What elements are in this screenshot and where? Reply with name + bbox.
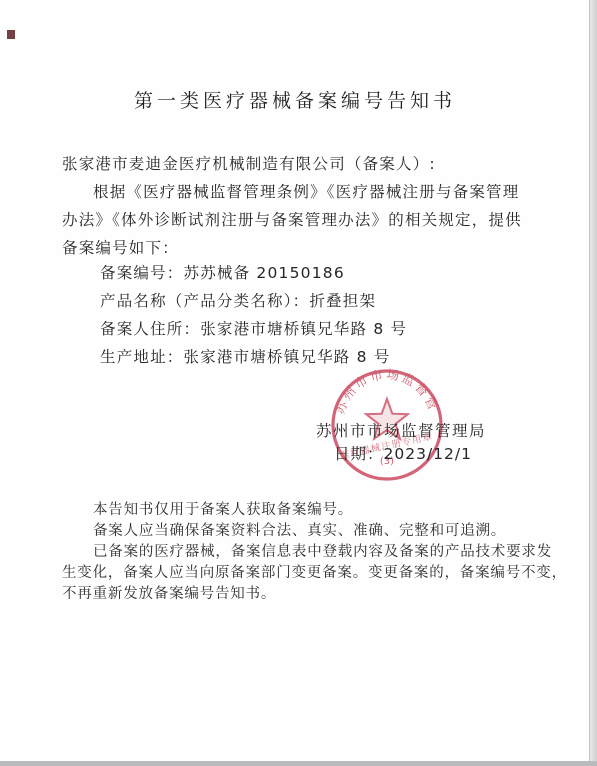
note-line: 已备案的医疗器械，备案信息表中登载内容及备案的产品技术要求发 (62, 540, 571, 561)
scan-edge-bottom (0, 761, 597, 766)
scanned-notice-page: { "document": { "title": "第一类医疗器械备案编号告知书… (0, 0, 597, 766)
salutation-line: 张家港市麦迪金医疗机械制造有限公司（备案人）: (62, 152, 540, 174)
note-line: 本告知书仅用于备案人获取备案编号。 (62, 498, 571, 519)
detail-product-name: 产品名称（产品分类名称）：折叠担架 (100, 289, 578, 311)
scan-corner-mark (7, 30, 15, 39)
detail-filer-address: 备案人住所：张家港市塘桥镇兄华路 8 号 (100, 317, 578, 339)
note-line: 生变化，备案人应当向原备案部门变更备案。变更备案的，备案编号不变， (62, 561, 540, 582)
issue-date: 日期：2023/12/1 (334, 442, 472, 464)
note-line: 备案人应当确保备案资料合法、真实、准确、完整和可追溯。 (62, 519, 571, 540)
intro-line: 根据《医疗器械监督管理条例》《医疗器械注册与备案管理 (62, 180, 571, 202)
scan-edge-right (589, 0, 597, 766)
page-title: 第一类医疗器械备案编号告知书 (0, 86, 590, 113)
intro-line: 备案编号如下： (62, 236, 540, 258)
detail-filing-number: 备案编号：苏苏械备 20150186 (100, 261, 578, 283)
intro-line: 办法》《体外诊断试剂注册与备案管理办法》的相关规定，提供 (62, 208, 540, 230)
issuing-authority: 苏州市市场监督管理局 (316, 419, 486, 441)
note-line: 不再重新发放备案编号告知书。 (62, 582, 540, 603)
